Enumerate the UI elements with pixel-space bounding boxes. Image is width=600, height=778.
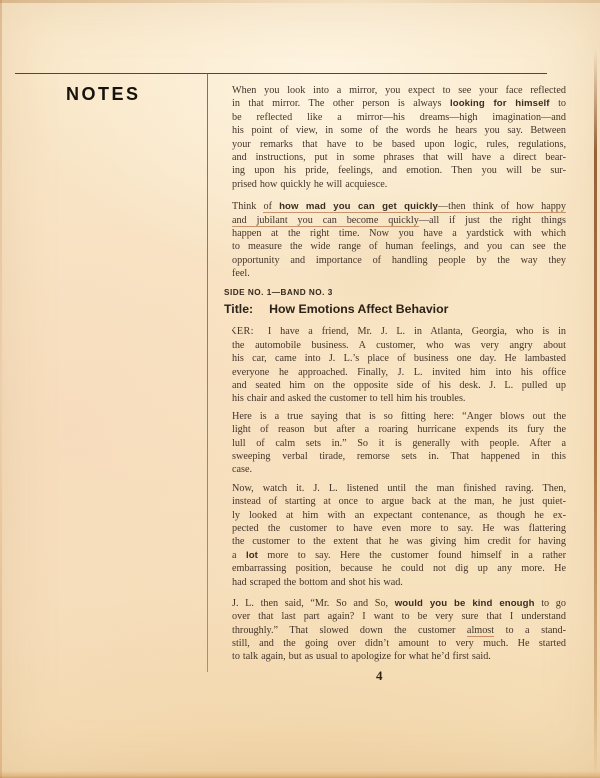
text-line: your remarks that have to be based upon … <box>232 138 566 151</box>
paragraph: J. L. then said, “Mr. So and So, would y… <box>232 597 566 664</box>
scanned-page: NOTES When you look into a mirror, you e… <box>0 0 600 778</box>
text-line: to talk again, but as usual to apologize… <box>232 650 566 663</box>
notes-heading: NOTES <box>66 84 141 105</box>
text-line: When you look into a mirror, you expect … <box>232 84 566 97</box>
text-line: Think of how mad you can get quickly—the… <box>232 200 566 213</box>
paragraph: Here is a true saying that is so fitting… <box>232 410 566 477</box>
paragraph: When you look into a mirror, you expect … <box>232 84 566 191</box>
text-line: opportunity and importance of handling p… <box>232 254 566 267</box>
text-line: prised how quickly he will acquiesce. <box>232 178 566 191</box>
title-label: Title: <box>224 302 253 316</box>
text-line: J. L. then said, “Mr. So and So, would y… <box>232 597 566 610</box>
text-line: pected the customer to have even more to… <box>232 522 566 535</box>
title-text: How Emotions Affect Behavior <box>269 302 448 316</box>
text-line: instead of starting at once to argue bac… <box>232 495 566 508</box>
text-line: had scraped the bottom and shot his wad. <box>232 576 566 589</box>
text-line: light of reason but after a roaring hurr… <box>232 423 566 436</box>
text-line: over that last part again? I want to be … <box>232 610 566 623</box>
text-line: his chair and asked the customer to tell… <box>232 392 566 405</box>
paragraph: Think of how mad you can get quickly—the… <box>232 200 566 280</box>
text-line: ing upon his pride, feelings, and emotio… <box>232 164 566 177</box>
text-line: be reflected like a mirror—his dreams—hi… <box>232 111 566 124</box>
text-line: Now, watch it. J. L. listened until the … <box>232 482 566 495</box>
speaker-label: PARKER: <box>232 326 259 337</box>
paragraph: PARKER: I have a friend, Mr. J. L. in At… <box>232 325 566 405</box>
column-divider-rule <box>207 73 208 672</box>
body-text-column: When you look into a mirror, you expect … <box>232 84 566 664</box>
text-line: his point of view, in some of the words … <box>232 124 566 137</box>
page-number: 4 <box>376 668 383 684</box>
text-line: in that mirror. The other person is alwa… <box>232 97 566 110</box>
page-edge-right <box>594 50 597 778</box>
text-line: the automobile business. A customer, who… <box>232 339 566 352</box>
text-line: Here is a true saying that is so fitting… <box>232 410 566 423</box>
side-band-heading: SIDE NO. 1—BAND NO. 3 <box>224 288 566 298</box>
text-line: PARKER: I have a friend, Mr. J. L. in At… <box>232 325 566 338</box>
text-line: throughly.” That slowed down the custome… <box>232 624 566 637</box>
page-edge-bottom <box>0 771 600 778</box>
page-edge-left <box>0 0 2 778</box>
text-line: the customer to the extent that he was g… <box>232 535 566 548</box>
text-line: case. <box>232 463 566 476</box>
text-line: ly looked at him with an expectant conte… <box>232 509 566 522</box>
text-line: feel. <box>232 267 566 280</box>
text-line: to measure the wide range of human feeli… <box>232 240 566 253</box>
text-line: and jubilant you can become quickly—all … <box>232 214 566 227</box>
text-line: happen at the right time. Now you have a… <box>232 227 566 240</box>
text-line: a lot more to say. Here the customer fou… <box>232 549 566 562</box>
text-line: sweeping verbal tirade, remorse sets in.… <box>232 450 566 463</box>
text-line: and instructions, put in some phrases th… <box>232 151 566 164</box>
paragraph: Now, watch it. J. L. listened until the … <box>232 482 566 589</box>
text-line: and seated him on the opposite side of h… <box>232 379 566 392</box>
page-edge-top <box>0 0 600 3</box>
text-line: still, and the going over didn’t amount … <box>232 637 566 650</box>
text-line: embarrassing position, because he could … <box>232 562 566 575</box>
title-heading: Title:How Emotions Affect Behavior <box>224 302 566 317</box>
text-line: everyone he approached. Finally, J. L. i… <box>232 366 566 379</box>
text-line: lull of calm sets in.” So it is generall… <box>232 437 566 450</box>
header-rule <box>15 73 547 74</box>
text-line: his car, came into J. L.’s place of busi… <box>232 352 566 365</box>
